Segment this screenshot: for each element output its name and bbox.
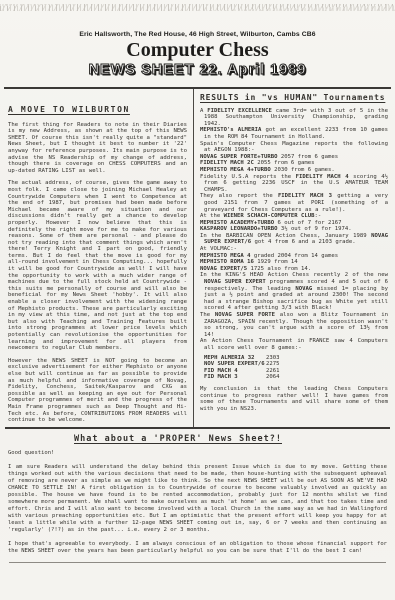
result-text: In the KING'S HEAD Action Chess recently… bbox=[200, 272, 388, 278]
move-to-wilburton-heading: A MOVE TO WILBURTON bbox=[8, 107, 187, 114]
result-text: Spain's Computer Chess Magazine reports … bbox=[200, 141, 388, 154]
machine-name: NOVAG SUPER FORTE+TURBO bbox=[200, 154, 277, 160]
proper-news-sheet-section: What about a 'PROPER' News Sheet?! Good … bbox=[0, 429, 395, 555]
grade-value: 2064 bbox=[266, 374, 279, 381]
right-column: RESULTS in "vs HUMAN" Tournaments A FIDE… bbox=[193, 89, 390, 427]
table-row: NOV SUPER EXPERT/62275 bbox=[204, 361, 388, 368]
result-text: 1725 also from 14. bbox=[247, 266, 311, 272]
machine-name: MEPHISTO's ALMERIA bbox=[200, 127, 261, 133]
results-heading: RESULTS in "vs HUMAN" Tournaments bbox=[200, 95, 388, 102]
machine-name: FIDELITY MACH 2C bbox=[200, 160, 254, 166]
result-line: MEPHISTO's ALMERIA got an excellent 2233… bbox=[200, 127, 388, 140]
newsletter-page: Eric Hallsworth, The Red House, 46 High … bbox=[0, 0, 395, 600]
issue-subtitle: NEWS SHEET 22. April 1989 bbox=[0, 62, 395, 78]
left-column: A MOVE TO WILBURTON The first thing for … bbox=[5, 89, 193, 427]
result-line: MEPHISTO ROMA 16 1929 from 14 bbox=[200, 259, 388, 266]
machine-name: FIDELITY MACH 3 bbox=[278, 193, 332, 199]
machine-name: FIDELITY MACH 4 bbox=[296, 174, 349, 180]
machine-name: NOVAG bbox=[295, 286, 312, 292]
result-line: They also report the FIDELITY MACH 3 get… bbox=[200, 193, 388, 213]
result-line: NOVAG EXPERT/5 1725 also from 14. bbox=[200, 266, 388, 273]
machine-name: FIDELITY EXCELLENCE bbox=[207, 108, 272, 114]
machine-name: MEPHISTO MEGA 4+TURBO bbox=[200, 167, 271, 173]
result-text: The bbox=[200, 312, 215, 318]
result-text: 2030 from 6 games. bbox=[271, 167, 335, 173]
result-line: In the BARBICAN OPEN Action Chess, Janua… bbox=[200, 233, 388, 246]
table-row: FID MACH 32064 bbox=[204, 374, 388, 381]
closing-paragraph: I hope that's agreeable to everybody. I … bbox=[8, 541, 387, 555]
results-list: A FIDELITY EXCELLENCE came 3rd= with 3 o… bbox=[200, 108, 388, 352]
result-text: They also report the bbox=[200, 193, 278, 199]
result-text: :- bbox=[315, 213, 322, 219]
move-paragraph-2: The actual address, of course, gives the… bbox=[8, 180, 187, 351]
result-line: An Action Chess Tournament in FRANCE saw… bbox=[200, 338, 388, 351]
result-text: got 4 from 6 and a 2103 grade. bbox=[251, 239, 355, 245]
machine-name: NOVAG SUPER EXPERT bbox=[204, 279, 266, 285]
result-line: Fidelity U.S.A reports the FIDELITY MACH… bbox=[200, 174, 388, 194]
result-text: At VOLMAC:- bbox=[200, 246, 237, 252]
machine-name: MEPHISTO MEGA 4 bbox=[200, 253, 251, 259]
machine-name: KASPAROV LEONARDO+TURBO bbox=[200, 226, 277, 232]
publisher-address: Eric Hallsworth, The Red House, 46 High … bbox=[0, 31, 395, 38]
result-line: In the KING'S HEAD Action Chess recently… bbox=[200, 272, 388, 312]
result-text: 6 out of 7 for 2167 bbox=[274, 220, 341, 226]
machine-name: MEPHISTO ROMA 16 bbox=[200, 259, 254, 265]
result-line: The NOVAG SUPER FORTE also won a Blitz T… bbox=[200, 312, 388, 338]
table-row: FID MACH 42261 bbox=[204, 368, 388, 375]
machine-name: NOVAG EXPERT/5 bbox=[200, 266, 247, 272]
result-line: At VOLMAC:- bbox=[200, 246, 388, 253]
grade-value: 2261 bbox=[266, 368, 279, 375]
grade-value: 2275 bbox=[266, 361, 279, 368]
conclusion-paragraph: My conclusion is that the leading Chess … bbox=[200, 386, 388, 412]
move-paragraph-3: However the NEWS SHEET is NOT going to b… bbox=[8, 358, 187, 424]
two-column-body: A MOVE TO WILBURTON The first thing for … bbox=[0, 89, 395, 427]
result-text: graded 2004 from 14 games bbox=[251, 253, 339, 259]
result-text: An Action Chess Tournament in FRANCE saw… bbox=[200, 338, 388, 351]
good-question-line: Good question! bbox=[8, 450, 387, 457]
result-line: A FIDELITY EXCELLENCE came 3rd= with 3 o… bbox=[200, 108, 388, 128]
result-text: 2057 from 6 games bbox=[277, 154, 338, 160]
computer-name: NOV SUPER EXPERT/6 bbox=[204, 361, 266, 368]
result-line: Spain's Computer Chess Magazine reports … bbox=[200, 141, 388, 154]
result-line: At the WIENER SCHACH-COMPUTER CLUB:- bbox=[200, 213, 388, 220]
result-text: At the bbox=[200, 213, 224, 219]
masthead: Eric Hallsworth, The Red House, 46 High … bbox=[0, 0, 395, 78]
proper-news-sheet-heading: What about a 'PROPER' News Sheet?! bbox=[74, 436, 282, 443]
result-text: 1929 from 14 bbox=[254, 259, 298, 265]
computer-name: FID MACH 3 bbox=[204, 374, 266, 381]
bottom-divider bbox=[9, 562, 386, 563]
result-text: Fidelity U.S.A reports the bbox=[200, 174, 296, 180]
machine-name: WIENER SCHACH-COMPUTER CLUB bbox=[224, 213, 315, 219]
result-text: 2055 from 6 games bbox=[254, 160, 315, 166]
result-line: NOVAG SUPER FORTE+TURBO 2057 from 6 game… bbox=[200, 154, 388, 161]
france-results-table: MEPH ALMERIA 322303NOV SUPER EXPERT/6227… bbox=[204, 355, 388, 381]
result-line: KASPAROV LEONARDO+TURBO 3½ out of 9 for … bbox=[200, 226, 388, 233]
machine-name: NOVAG SUPER FORTE bbox=[215, 312, 275, 318]
result-text: 3½ out of 9 for 1974. bbox=[277, 226, 351, 232]
delay-paragraph: I am sure Readers will understand the de… bbox=[8, 464, 387, 534]
computer-name: MEPH ALMERIA 32 bbox=[204, 355, 266, 362]
newsletter-title: Computer Chess bbox=[0, 40, 395, 61]
result-line: MEPHISTO MEGA 4 graded 2004 from 14 game… bbox=[200, 253, 388, 260]
computer-name: FID MACH 4 bbox=[204, 368, 266, 375]
grade-value: 2303 bbox=[266, 355, 279, 362]
result-text: In the BARBICAN OPEN Action Chess, Janua… bbox=[200, 233, 371, 239]
torn-paper-edge bbox=[0, 4, 395, 11]
result-line: FIDELITY MACH 2C 2055 from 6 games bbox=[200, 160, 388, 167]
machine-name: MEPHISTO ACADEMY+TURBO bbox=[200, 220, 274, 226]
result-line: MEPHISTO MEGA 4+TURBO 2030 from 6 games. bbox=[200, 167, 388, 174]
move-paragraph-1: The first thing for Readers to note in t… bbox=[8, 122, 187, 175]
table-row: MEPH ALMERIA 322303 bbox=[204, 355, 388, 362]
